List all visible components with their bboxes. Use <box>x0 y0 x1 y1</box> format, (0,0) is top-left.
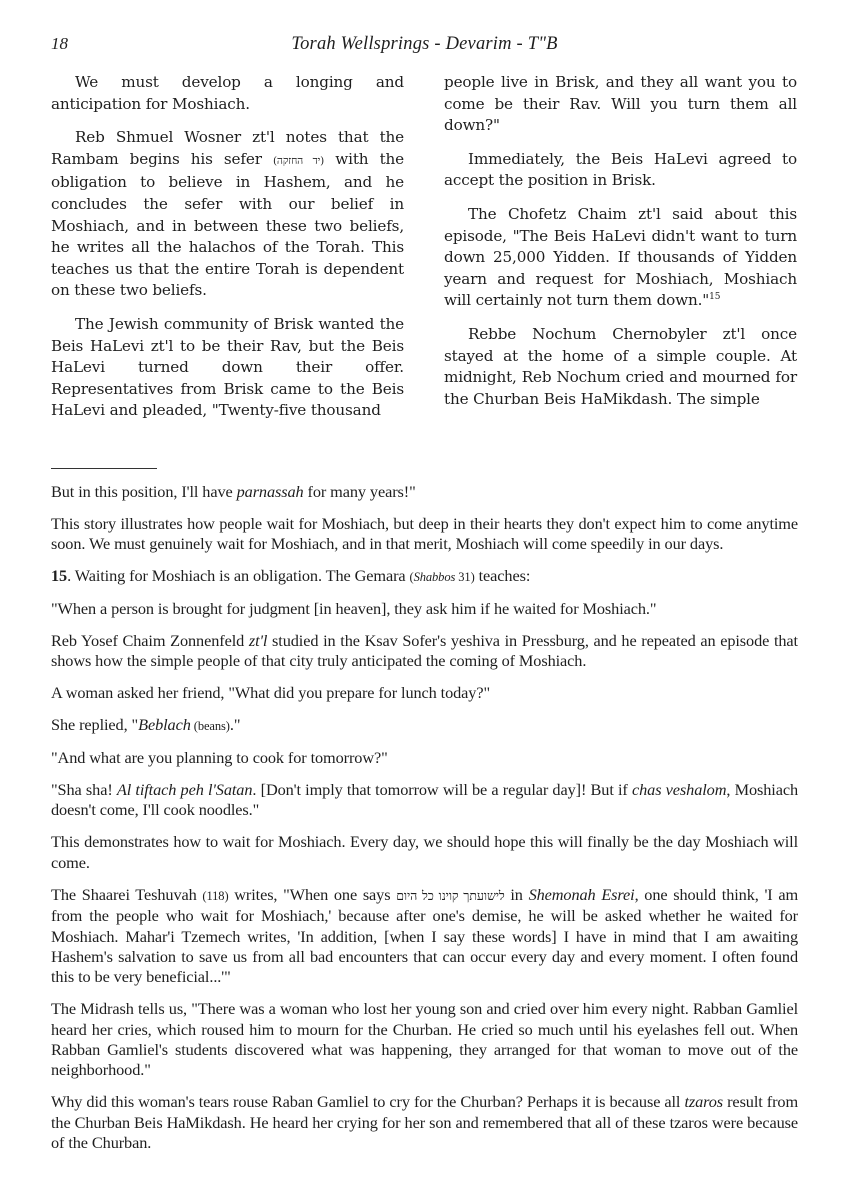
paragraph-continued: people live in Brisk, and they all want … <box>444 72 797 137</box>
footnote-reference[interactable]: 15 <box>709 292 720 302</box>
footnote-paragraph: She replied, "Beblach (beans)." <box>51 715 798 736</box>
footnote-paragraph: This story illustrates how people wait f… <box>51 514 798 555</box>
footnote-paragraph: "And what are you planning to cook for t… <box>51 748 798 768</box>
paragraph: We must develop a longing and anticipati… <box>51 72 404 115</box>
footnote-paragraph: "When a person is brought for judgment [… <box>51 599 798 619</box>
footnote-paragraph: "Sha sha! Al tiftach peh l'Satan. [Don't… <box>51 780 798 821</box>
paragraph: Rebbe Nochum Chernobyler zt'l once staye… <box>444 324 797 410</box>
paragraph: The Chofetz Chaim zt'l said about this e… <box>444 204 797 312</box>
paragraph: Immediately, the Beis HaLevi agreed to a… <box>444 149 797 192</box>
footnote-divider <box>51 468 157 469</box>
footnote-paragraph: Reb Yosef Chaim Zonnenfeld zt'l studied … <box>51 631 798 672</box>
page-header: 18 Torah Wellsprings - Devarim - T"B <box>51 30 798 58</box>
footnote-paragraph: But in this position, I'll have parnassa… <box>51 482 798 502</box>
hebrew-quote: לישועתך קוינו כל היום <box>396 889 504 903</box>
footnote-15: 15. Waiting for Moshiach is an obligatio… <box>51 566 798 587</box>
paragraph: Reb Shmuel Wosner zt'l notes that the Ra… <box>51 127 404 302</box>
right-column: people live in Brisk, and they all want … <box>444 72 797 422</box>
hebrew-citation: (יד החזקה) <box>273 155 324 167</box>
paragraph: The Jewish community of Brisk wanted the… <box>51 314 404 422</box>
running-title: Torah Wellsprings - Devarim - T"B <box>51 30 798 58</box>
source-citation: (Shabbos 31) <box>410 570 475 584</box>
footnote-paragraph: The Midrash tells us, "There was a woman… <box>51 999 798 1081</box>
left-column: We must develop a longing and anticipati… <box>51 72 404 434</box>
footnote-paragraph: The Shaarei Teshuvah (118) writes, "When… <box>51 885 798 988</box>
footnote-paragraph: A woman asked her friend, "What did you … <box>51 683 798 703</box>
footnote-paragraph: This demonstrates how to wait for Moshia… <box>51 832 798 873</box>
footnote-number: 15 <box>51 566 67 585</box>
footnote-paragraph: Why did this woman's tears rouse Raban G… <box>51 1092 798 1153</box>
footnotes: But in this position, I'll have parnassa… <box>51 482 798 1165</box>
